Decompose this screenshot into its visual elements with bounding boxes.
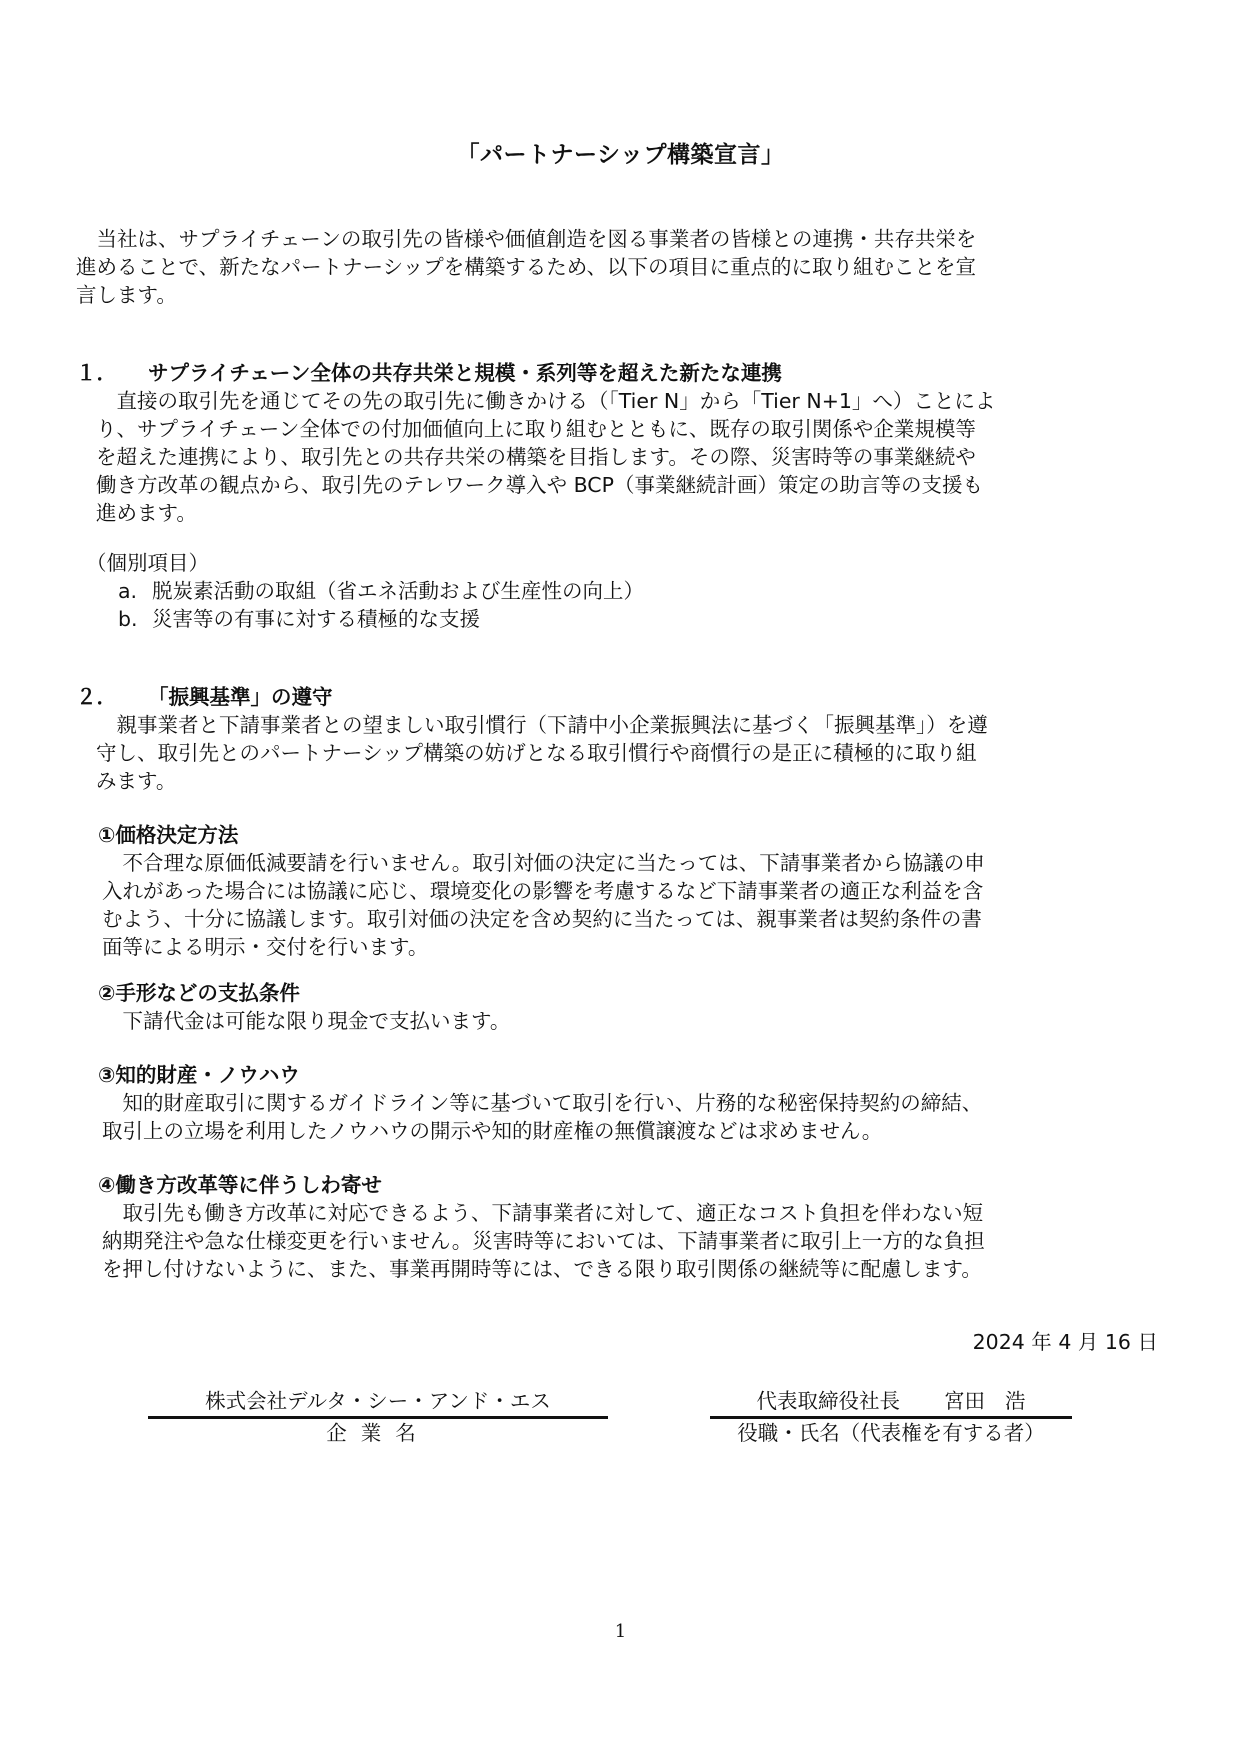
subsection-line: 不合理な原価低減要請を行いません。取引対価の決定に当たっては、下請事業者から協議…: [102, 849, 1156, 877]
individual-item-b: b.災害等の有事に対する積極的な支援: [118, 605, 480, 633]
subsection-line: 知的財産取引に関するガイドライン等に基づいて取引を行い、片務的な秘密保持契約の締…: [102, 1089, 1156, 1117]
individual-item-a: a.脱炭素活動の取組（省エネ活動および生産性の向上）: [118, 577, 644, 605]
subsection-payment-heading: ②手形などの支払条件: [98, 979, 300, 1007]
company-caption: 企業名: [148, 1419, 608, 1447]
section1-line: 直接の取引先を通じてその先の取引先に働きかける（「Tier N」から「Tier …: [96, 387, 1156, 415]
subsection-ip-heading: ③知的財産・ノウハウ: [98, 1061, 300, 1089]
intro-line: 当社は、サプライチェーンの取引先の皆様や価値創造を図る事業者の皆様との連携・共存…: [76, 225, 1156, 253]
section1-line: り、サプライチェーン全体での付加価値向上に取り組むとともに、既存の取引関係や企業…: [96, 415, 1156, 443]
representative-given-name: 浩: [1005, 1389, 1026, 1413]
subsection-ip-body: 知的財産取引に関するガイドライン等に基づいて取引を行い、片務的な秘密保持契約の締…: [102, 1089, 1156, 1145]
section2-number: ２．: [76, 683, 148, 711]
section1-body: 直接の取引先を通じてその先の取引先に働きかける（「Tier N」から「Tier …: [96, 387, 1156, 527]
section1-line: 働き方改革の観点から、取引先のテレワーク導入や BCP（事業継続計画）策定の助言…: [96, 471, 1156, 499]
representative-caption: 役職・氏名（代表権を有する者）: [710, 1419, 1072, 1447]
document-title: 「パートナーシップ構築宣言」: [0, 136, 1241, 169]
intro-line: 進めることで、新たなパートナーシップを構築するため、以下の項目に重点的に取り組む…: [76, 253, 1156, 281]
subsection-line: 入れがあった場合には協議に応じ、環境変化の影響を考慮するなど下請事業者の適正な利…: [102, 877, 1156, 905]
section1-number: １．: [76, 359, 148, 387]
subsection-line: 下請代金は可能な限り現金で支払います。: [102, 1007, 1156, 1035]
intro-paragraph: 当社は、サプライチェーンの取引先の皆様や価値創造を図る事業者の皆様との連携・共存…: [76, 225, 1156, 309]
subsection-line: むよう、十分に協議します。取引対価の決定を含め契約に当たっては、親事業者は契約条…: [102, 905, 1156, 933]
section1-heading-text: サプライチェーン全体の共存共栄と規模・系列等を超えた新たな連携: [148, 361, 782, 385]
subsection-line: 納期発注や急な仕様変更を行いません。災害時等においては、下請事業者に取引上一方的…: [102, 1227, 1156, 1255]
subsection-price-heading: ①価格決定方法: [98, 821, 238, 849]
subsection-line: 取引先も働き方改革に対応できるよう、下請事業者に対して、適正なコスト負担を伴わな…: [102, 1199, 1156, 1227]
item-marker: a.: [118, 577, 152, 605]
section1-line: を超えた連携により、取引先との共存共栄の構築を目指します。その際、災害時等の事業…: [96, 443, 1156, 471]
individual-items-label: （個別項目）: [86, 549, 209, 577]
section2-line: みます。: [96, 767, 1156, 795]
section2-line: 守し、取引先とのパートナーシップ構築の妨げとなる取引慣行や商慣行の是正に積極的に…: [96, 739, 1156, 767]
company-signature-block: 株式会社デルタ・シー・アンド・エス 企業名: [148, 1387, 608, 1447]
representative-title: 代表取締役社長: [757, 1389, 901, 1413]
section2-heading-text: 「振興基準」の遵守: [148, 685, 333, 709]
subsection-line: 取引上の立場を利用したノウハウの開示や知的財産権の無償譲渡などは求めません。: [102, 1117, 1156, 1145]
subsection-workstyle-body: 取引先も働き方改革に対応できるよう、下請事業者に対して、適正なコスト負担を伴わな…: [102, 1199, 1156, 1283]
subsection-line: を押し付けないように、また、事業再開時等には、できる限り取引関係の継続等に配慮し…: [102, 1255, 1156, 1283]
document-page: 「パートナーシップ構築宣言」 当社は、サプライチェーンの取引先の皆様や価値創造を…: [0, 0, 1241, 1755]
section1-heading: １．サプライチェーン全体の共存共栄と規模・系列等を超えた新たな連携: [76, 359, 782, 387]
section2-body: 親事業者と下請事業者との望ましい取引慣行（下請中小企業振興法に基づく「振興基準」…: [96, 711, 1156, 795]
company-name: 株式会社デルタ・シー・アンド・エス: [148, 1387, 608, 1415]
subsection-line: 面等による明示・交付を行います。: [102, 933, 1156, 961]
item-marker: b.: [118, 605, 152, 633]
item-text: 脱炭素活動の取組（省エネ活動および生産性の向上）: [152, 579, 644, 603]
page-number: 1: [0, 1621, 1241, 1642]
section2-heading: ２．「振興基準」の遵守: [76, 683, 333, 711]
declaration-date: 2024 年 4 月 16 日: [973, 1328, 1158, 1356]
subsection-workstyle-heading: ④働き方改革等に伴うしわ寄せ: [98, 1171, 382, 1199]
item-text: 災害等の有事に対する積極的な支援: [152, 607, 480, 631]
section1-line: 進めます。: [96, 499, 1156, 527]
representative-signature-block: 代表取締役社長宮田浩 役職・氏名（代表権を有する者）: [710, 1387, 1072, 1447]
representative-surname: 宮田: [944, 1389, 985, 1413]
subsection-payment-body: 下請代金は可能な限り現金で支払います。: [102, 1007, 1156, 1035]
intro-line: 言します。: [76, 281, 1156, 309]
representative-name-line: 代表取締役社長宮田浩: [710, 1387, 1072, 1415]
section2-line: 親事業者と下請事業者との望ましい取引慣行（下請中小企業振興法に基づく「振興基準」…: [96, 711, 1156, 739]
subsection-price-body: 不合理な原価低減要請を行いません。取引対価の決定に当たっては、下請事業者から協議…: [102, 849, 1156, 961]
